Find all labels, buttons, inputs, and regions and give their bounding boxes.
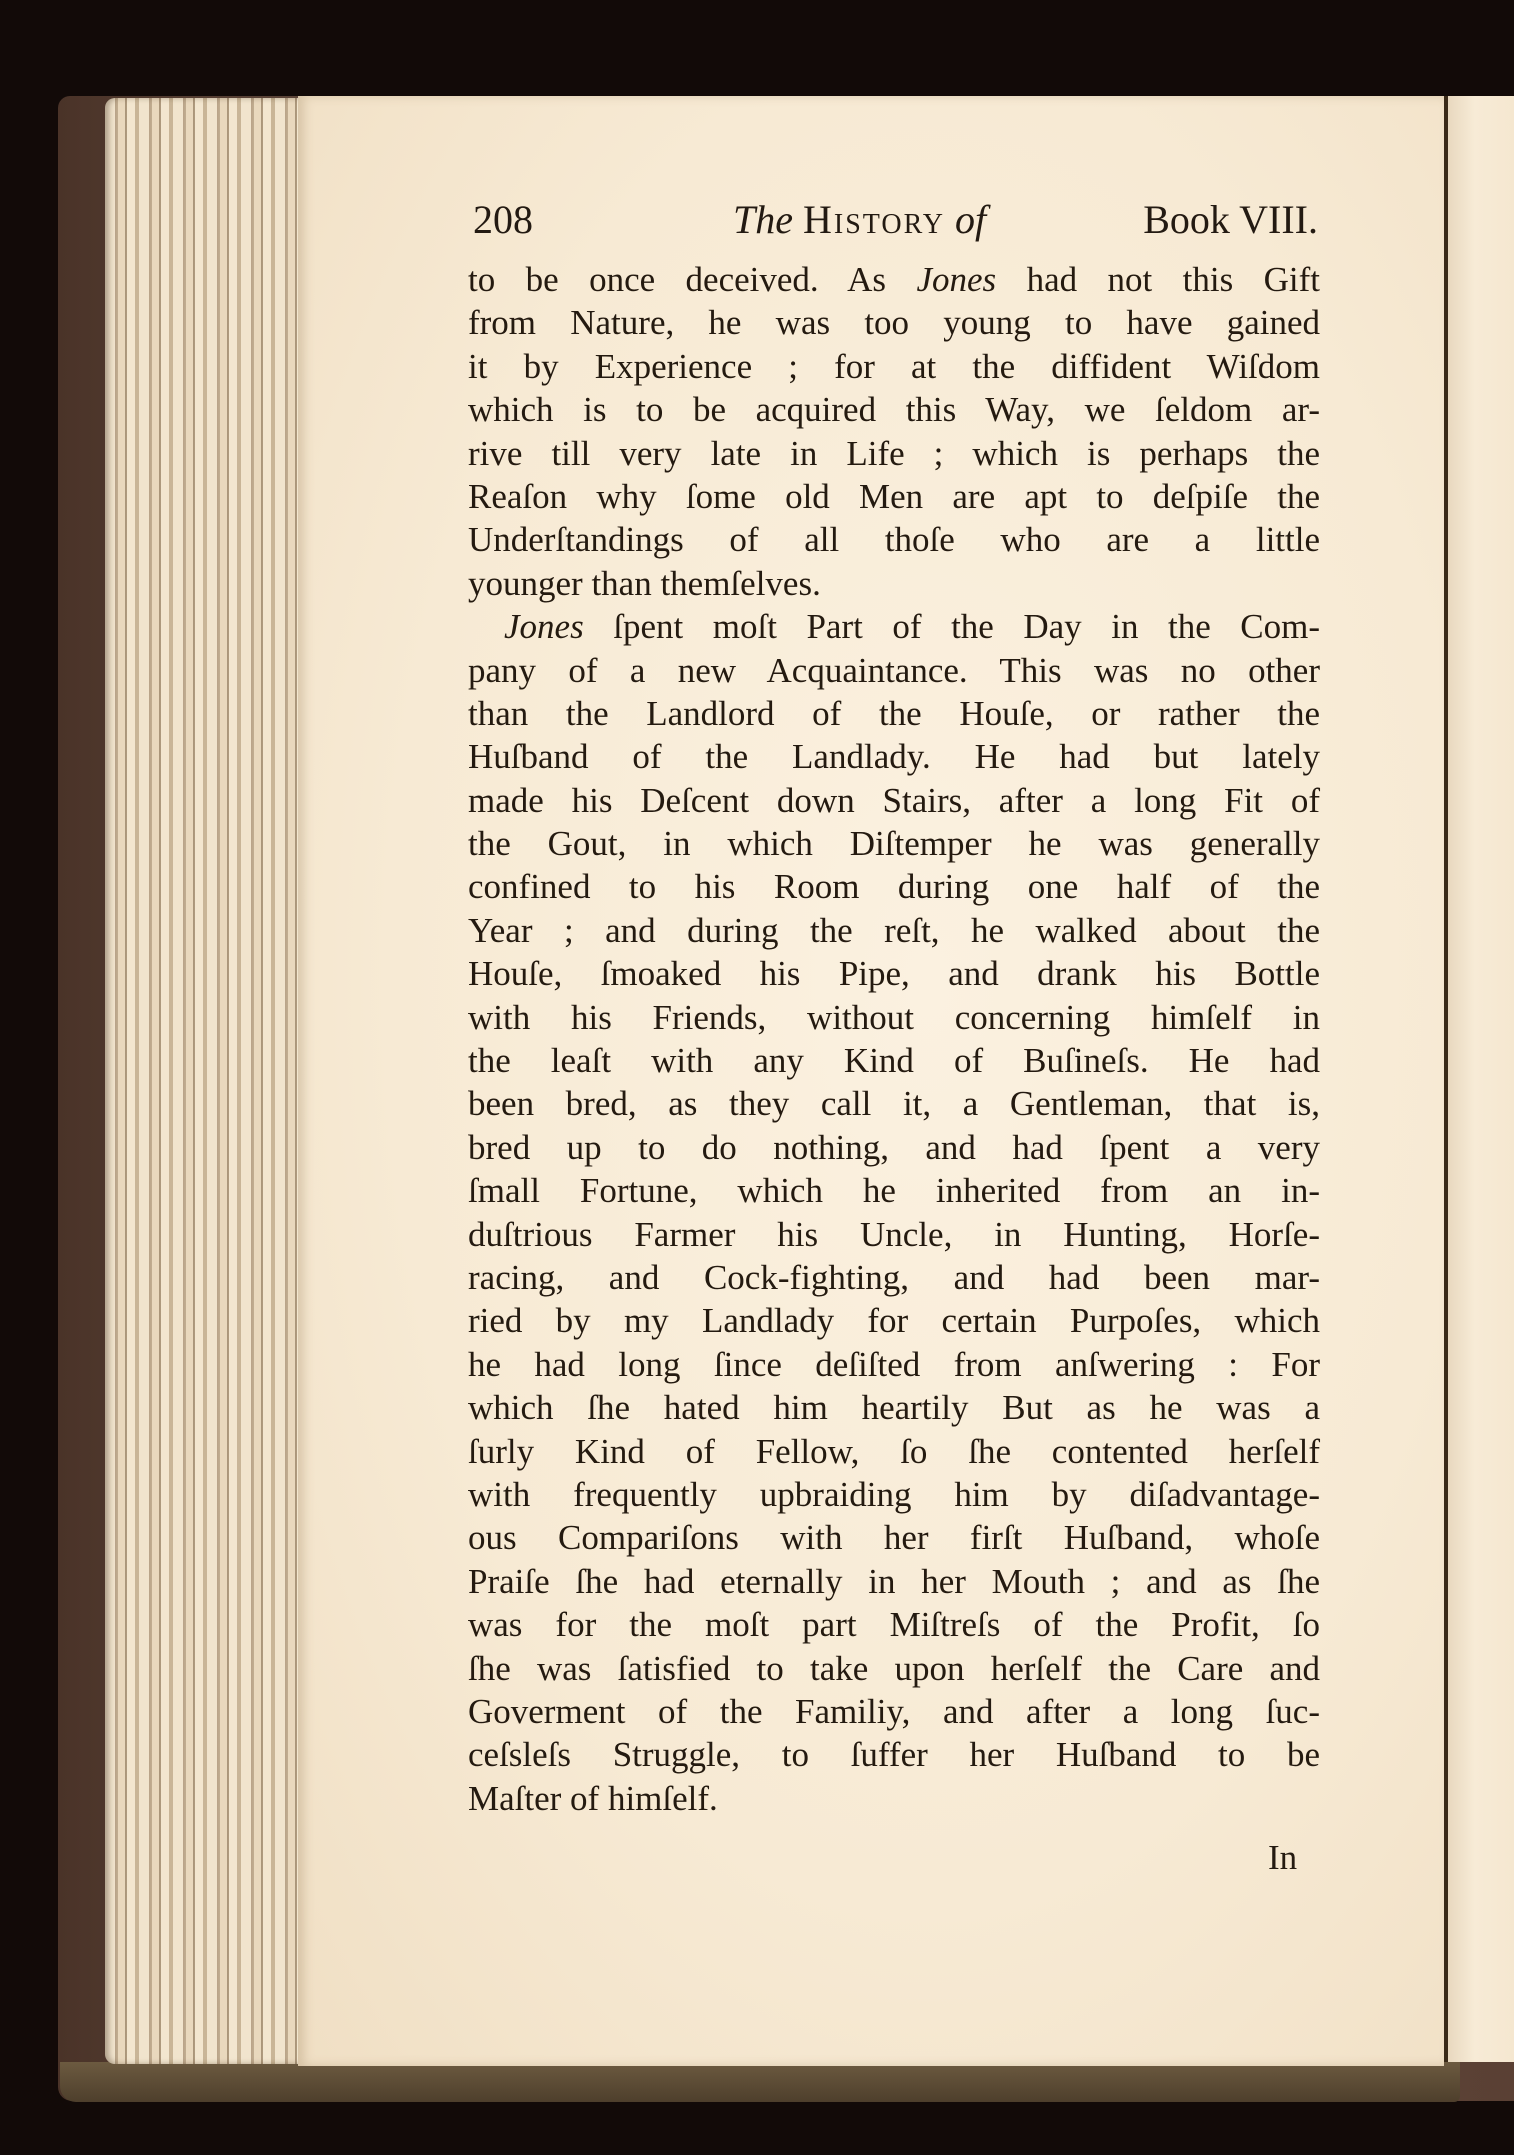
text-line: racing, and Cock-fighting, and had been … — [468, 1256, 1320, 1299]
text-line: the leaſt with any Kind of Buſineſs. He … — [468, 1039, 1320, 1082]
text-line: Houſe, ſmoaked his Pipe, and drank his B… — [468, 952, 1320, 995]
book-cover-bottom-edge — [60, 2062, 1460, 2102]
text-line: was for the moſt part Miſtreſs of the Pr… — [468, 1603, 1320, 1646]
facing-page-edge — [1448, 96, 1514, 2062]
text-line: with his Friends, without concerning him… — [468, 996, 1320, 1039]
text-line: pany of a new Acquaintance. This was no … — [468, 649, 1320, 692]
text-line: Praiſe ſhe had eternally in her Mouth ; … — [468, 1560, 1320, 1603]
text-line: duſtrious Farmer his Uncle, in Hunting, … — [468, 1213, 1320, 1256]
running-title: The History of — [733, 196, 986, 243]
text-line: with frequently upbraiding him by diſadv… — [468, 1473, 1320, 1516]
text-line: ous Compariſons with her firſt Huſband, … — [468, 1516, 1320, 1559]
text-line: Goverment of the Familiy, and after a lo… — [468, 1690, 1320, 1733]
body-text: to be once deceived. As Jones had not th… — [468, 258, 1320, 1820]
text-line: rive till very late in Life ; which is p… — [468, 432, 1320, 475]
text-line: ried by my Landlady for certain Purpoſes… — [468, 1299, 1320, 1342]
text-line: ſurly Kind of Fellow, ſo ſhe contented h… — [468, 1430, 1320, 1473]
text-line: which is to be acquired this Way, we ſel… — [468, 388, 1320, 431]
text-line: Reaſon why ſome old Men are apt to deſpi… — [468, 475, 1320, 518]
text-line: younger than themſelves. — [468, 562, 1320, 605]
text-line: from Nature, he was too young to have ga… — [468, 301, 1320, 344]
text-line: Underſtandings of all thoſe who are a li… — [468, 518, 1320, 561]
text-line: Maſter of himſelf. — [468, 1777, 1320, 1820]
text-line: bred up to do nothing, and had ſpent a v… — [468, 1126, 1320, 1169]
italic-name: Jones — [504, 607, 584, 646]
text-line: ceſsleſs Struggle, to ſuffer her Huſband… — [468, 1733, 1320, 1776]
text-line: the Gout, in which Diſtemper he was gene… — [468, 822, 1320, 865]
text-line: Huſband of the Landlady. He had but late… — [468, 735, 1320, 778]
running-title-main: History — [803, 197, 945, 242]
page-stack-fore-edge — [105, 98, 300, 2064]
catchword: In — [1268, 1838, 1297, 1878]
text-line: ſhe was ſatisfied to take upon herſelf t… — [468, 1647, 1320, 1690]
text-line: to be once deceived. As Jones had not th… — [468, 258, 1320, 301]
book-number: Book VIII. — [1143, 196, 1318, 243]
text-line: Year ; and during the reſt, he walked ab… — [468, 909, 1320, 952]
text-line: than the Landlord of the Houſe, or rathe… — [468, 692, 1320, 735]
page-number: 208 — [473, 196, 533, 243]
gutter-fold — [1444, 96, 1448, 2062]
text-line: he had long ſince deſiſted from anſwerin… — [468, 1343, 1320, 1386]
running-title-suffix: of — [955, 197, 986, 242]
text-line: it by Experience ; for at the diffident … — [468, 345, 1320, 388]
text-line: made his Deſcent down Stairs, after a lo… — [468, 779, 1320, 822]
italic-name: Jones — [916, 260, 996, 299]
text-line: which ſhe hated him heartily But as he w… — [468, 1386, 1320, 1429]
text-line: Jones ſpent moſt Part of the Day in the … — [468, 605, 1320, 648]
text-line: confined to his Room during one half of … — [468, 865, 1320, 908]
text-line: ſmall Fortune, which he inherited from a… — [468, 1169, 1320, 1212]
text-line: been bred, as they call it, a Gentleman,… — [468, 1082, 1320, 1125]
running-title-prefix: The — [733, 197, 793, 242]
running-head: 208 The History of Book VIII. — [473, 196, 1318, 248]
